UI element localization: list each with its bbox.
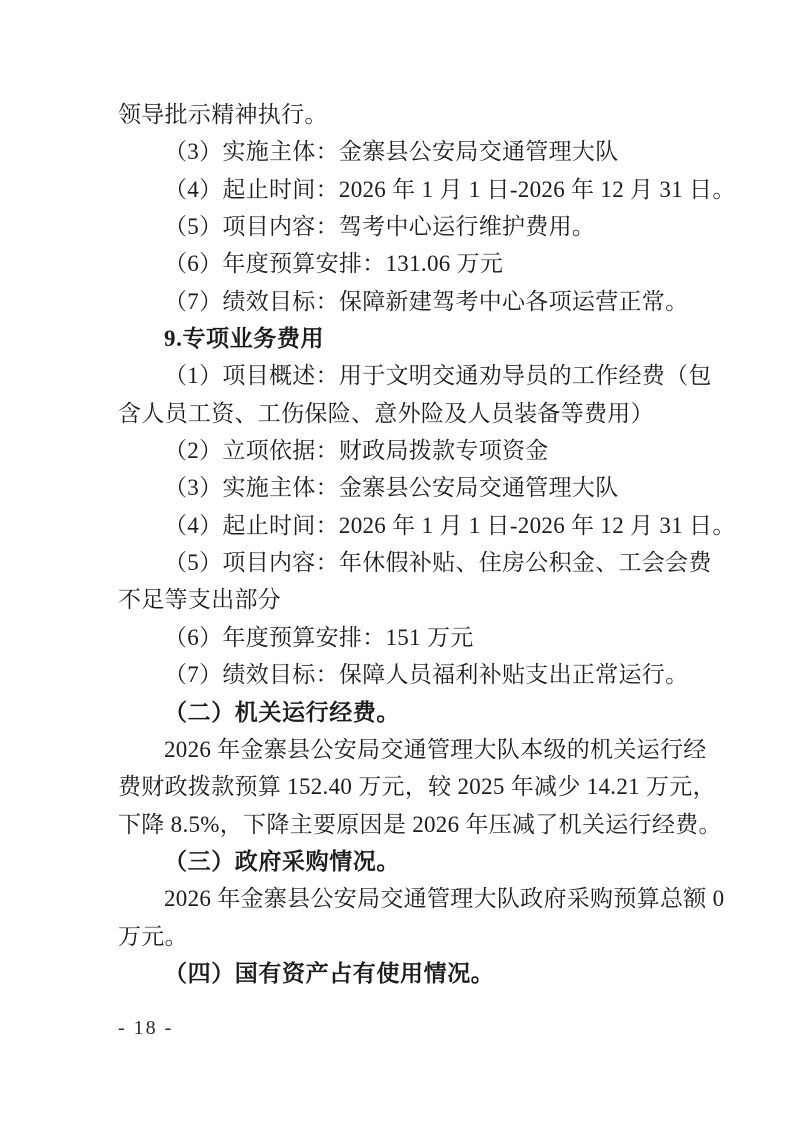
text-line: （6）年度预算安排：151 万元 (118, 619, 684, 656)
text-line: 2026 年金寨县公安局交通管理大队政府采购预算总额 0 (118, 880, 684, 917)
document-body: 领导批示精神执行。 （3）实施主体：金寨县公安局交通管理大队 （4）起止时间：2… (118, 96, 684, 992)
text-line: （5）项目内容：驾考中心运行维护费用。 (118, 208, 684, 245)
text-line: 2026 年金寨县公安局交通管理大队本级的机关运行经 (118, 731, 684, 768)
section-heading: （四）国有资产占有使用情况。 (118, 955, 684, 992)
text-line: 下降 8.5%，下降主要原因是 2026 年压减了机关运行经费。 (118, 806, 684, 843)
text-line: （3）实施主体：金寨县公安局交通管理大队 (118, 133, 684, 170)
text-line: 领导批示精神执行。 (118, 96, 684, 133)
text-line: （4）起止时间：2026 年 1 月 1 日-2026 年 12 月 31 日。 (118, 507, 684, 544)
text-line: 费财政拨款预算 152.40 万元，较 2025 年减少 14.21 万元， (118, 768, 684, 805)
section-heading: （三）政府采购情况。 (118, 843, 684, 880)
text-line: （7）绩效目标：保障新建驾考中心各项运营正常。 (118, 283, 684, 320)
text-line: （6）年度预算安排：131.06 万元 (118, 245, 684, 282)
section-heading: 9.专项业务费用 (118, 320, 684, 357)
text-line: （3）实施主体：金寨县公安局交通管理大队 (118, 469, 684, 506)
section-heading: （二）机关运行经费。 (118, 694, 684, 731)
text-line: 不足等支出部分 (118, 581, 684, 618)
page-number: - 18 - (118, 1014, 173, 1042)
text-line: （5）项目内容：年休假补贴、住房公积金、工会会费 (118, 544, 684, 581)
text-line: （4）起止时间：2026 年 1 月 1 日-2026 年 12 月 31 日。 (118, 171, 684, 208)
text-line: （2）立项依据：财政局拨款专项资金 (118, 432, 684, 469)
text-line: 含人员工资、工伤保险、意外险及人员装备等费用） (118, 395, 684, 432)
text-line: （7）绩效目标：保障人员福利补贴支出正常运行。 (118, 656, 684, 693)
text-line: （1）项目概述：用于文明交通劝导员的工作经费（包 (118, 357, 684, 394)
document-page: 领导批示精神执行。 （3）实施主体：金寨县公安局交通管理大队 （4）起止时间：2… (0, 0, 793, 1122)
text-line: 万元。 (118, 918, 684, 955)
